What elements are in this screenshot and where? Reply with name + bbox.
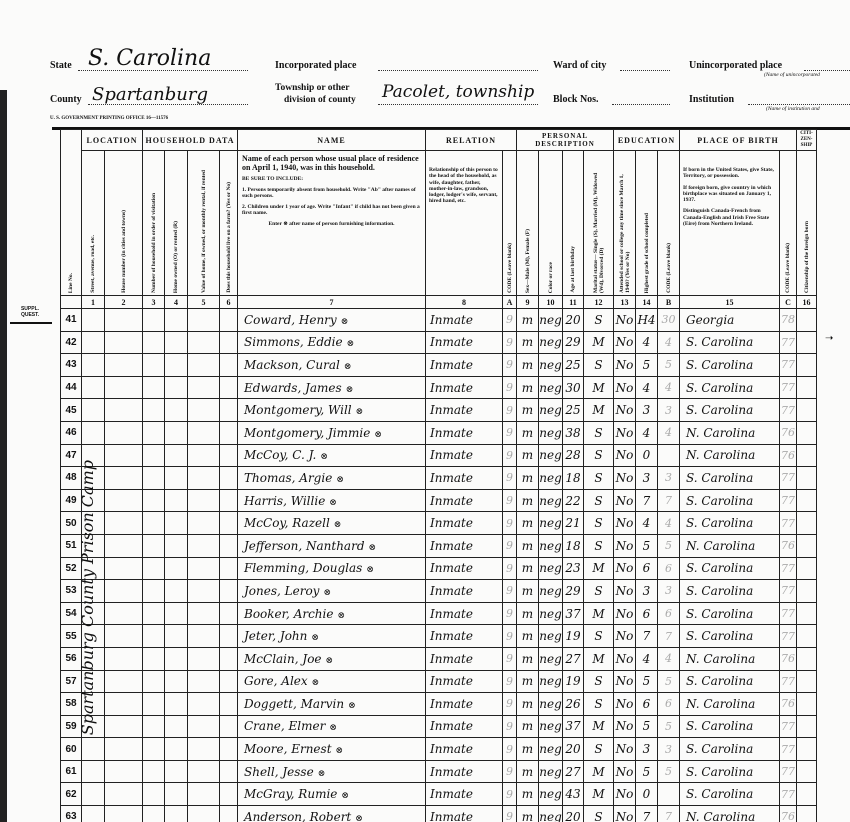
school-cell-text: No bbox=[616, 494, 634, 508]
house-number-cell bbox=[105, 444, 143, 467]
age-cell-text: 19 bbox=[565, 629, 580, 643]
citizenship-cell bbox=[797, 647, 817, 670]
owned-rented-cell bbox=[165, 512, 188, 535]
age-cell: 19 bbox=[563, 670, 584, 693]
school-cell-text: No bbox=[616, 674, 634, 688]
owned-rented-cell bbox=[165, 354, 188, 377]
sex-cell-text: m bbox=[522, 335, 533, 349]
street-cell bbox=[82, 331, 105, 354]
school-cell-text: No bbox=[616, 652, 634, 666]
col-household-number-header: Number of household in order of visitati… bbox=[143, 151, 165, 296]
sex-cell: m bbox=[517, 534, 539, 557]
group-education: EDUCATION bbox=[614, 130, 680, 151]
race-cell: neg bbox=[539, 760, 563, 783]
school-cell-text: No bbox=[616, 381, 634, 395]
sex-cell: m bbox=[517, 580, 539, 603]
code-b-cell: 4 bbox=[658, 512, 680, 535]
code-a-cell-text: 9 bbox=[506, 652, 513, 665]
school-cell: No bbox=[614, 557, 636, 580]
birthplace-cell: S. Carolina bbox=[680, 489, 780, 512]
grade-cell: 3 bbox=[636, 580, 658, 603]
colnum: 1 bbox=[82, 296, 105, 309]
code-c-cell-text: 77 bbox=[781, 358, 795, 371]
school-cell-text: No bbox=[616, 765, 634, 779]
name-cell: Mackson, Cural⊗ bbox=[238, 354, 426, 377]
sex-cell: m bbox=[517, 309, 539, 332]
age-cell: 20 bbox=[563, 309, 584, 332]
household-number-cell bbox=[143, 806, 165, 822]
colnum: 5 bbox=[188, 296, 220, 309]
informant-mark-icon: ⊗ bbox=[318, 769, 326, 779]
unincorporated-line bbox=[804, 70, 850, 71]
race-cell-text: neg bbox=[539, 471, 562, 485]
code-b-cell: 5 bbox=[658, 534, 680, 557]
race-cell: neg bbox=[539, 625, 563, 648]
code-c-cell: 77 bbox=[780, 760, 797, 783]
race-cell-text: neg bbox=[539, 539, 562, 553]
code-a-cell-text: 9 bbox=[506, 449, 513, 462]
code-b-cell-text: 4 bbox=[665, 336, 672, 349]
code-a-cell: 9 bbox=[503, 376, 517, 399]
value-cell bbox=[188, 399, 220, 422]
house-number-cell bbox=[105, 421, 143, 444]
code-c-cell: 77 bbox=[780, 512, 797, 535]
informant-mark-icon: ⊗ bbox=[329, 723, 337, 733]
relation-cell: Inmate bbox=[426, 399, 503, 422]
farm-cell bbox=[220, 376, 238, 399]
colnum: B bbox=[658, 296, 680, 309]
census-page: State S. Carolina County Spartanburg U. … bbox=[0, 0, 850, 822]
line-number: 60 bbox=[61, 738, 82, 761]
relation-cell: Inmate bbox=[426, 715, 503, 738]
value-cell bbox=[188, 489, 220, 512]
line-number-text: 61 bbox=[65, 766, 76, 777]
school-cell: No bbox=[614, 602, 636, 625]
relation-cell-text: Inmate bbox=[430, 674, 473, 688]
race-cell-text: neg bbox=[539, 787, 562, 801]
relation-cell-text: Inmate bbox=[430, 607, 473, 621]
col-street-header: Street, avenue, road, etc. bbox=[82, 151, 105, 296]
code-b-cell-text: 30 bbox=[662, 313, 676, 326]
code-b-cell-text: 5 bbox=[665, 539, 672, 552]
code-c-cell-text: 77 bbox=[781, 630, 795, 643]
value-cell bbox=[188, 467, 220, 490]
name-cell: McCoy, C. J.⊗ bbox=[238, 444, 426, 467]
school-cell: No bbox=[614, 670, 636, 693]
house-number-cell bbox=[105, 512, 143, 535]
farm-cell bbox=[220, 309, 238, 332]
farm-cell bbox=[220, 557, 238, 580]
birthplace-cell-text: S. Carolina bbox=[686, 584, 753, 598]
code-a-cell-text: 9 bbox=[506, 494, 513, 507]
age-cell: 18 bbox=[563, 467, 584, 490]
table-row: 41Coward, Henry⊗Inmate9mneg20SNoH430Geor… bbox=[61, 309, 817, 332]
owned-rented-cell bbox=[165, 489, 188, 512]
race-cell-text: neg bbox=[539, 719, 562, 733]
ward-label: Ward of city bbox=[553, 60, 606, 71]
name-cell: Flemming, Douglas⊗ bbox=[238, 557, 426, 580]
birthplace-cell-text: N. Carolina bbox=[686, 697, 755, 711]
code-c-cell: 77 bbox=[780, 557, 797, 580]
owned-rented-cell bbox=[165, 738, 188, 761]
group-household: HOUSEHOLD DATA bbox=[143, 130, 238, 151]
school-cell: No bbox=[614, 331, 636, 354]
race-cell: neg bbox=[539, 738, 563, 761]
grade-cell: 0 bbox=[636, 444, 658, 467]
race-cell-text: neg bbox=[539, 426, 562, 440]
census-rows: 41Coward, Henry⊗Inmate9mneg20SNoH430Geor… bbox=[61, 309, 817, 822]
col-sex-header: Sex—Male (M), Female (F) bbox=[517, 151, 539, 296]
grade-cell: 5 bbox=[636, 354, 658, 377]
marital-cell-text: M bbox=[592, 607, 604, 621]
code-b-cell: 7 bbox=[658, 625, 680, 648]
line-number: 46 bbox=[61, 421, 82, 444]
line-number-text: 43 bbox=[65, 359, 76, 370]
age-cell: 20 bbox=[563, 806, 584, 822]
sex-cell-text: m bbox=[522, 426, 533, 440]
age-cell: 21 bbox=[563, 512, 584, 535]
name-cell: Montgomery, Jimmie⊗ bbox=[238, 421, 426, 444]
age-cell-text: 18 bbox=[565, 471, 580, 485]
code-a-cell-text: 9 bbox=[506, 404, 513, 417]
household-number-cell bbox=[143, 331, 165, 354]
grade-cell-text: 4 bbox=[643, 381, 651, 395]
code-b-cell-text: 5 bbox=[665, 720, 672, 733]
household-number-cell bbox=[143, 444, 165, 467]
informant-mark-icon: ⊗ bbox=[334, 520, 342, 530]
group-name: NAME bbox=[238, 130, 426, 151]
marital-cell: S bbox=[584, 670, 614, 693]
house-number-cell bbox=[105, 580, 143, 603]
age-cell-text: 30 bbox=[565, 381, 580, 395]
pob-instr-3: Distinguish Canada-French from Canada-En… bbox=[683, 208, 776, 227]
age-cell-text: 29 bbox=[565, 335, 580, 349]
household-number-cell bbox=[143, 534, 165, 557]
marital-cell-text: S bbox=[594, 539, 602, 553]
marital-cell-text: M bbox=[592, 403, 604, 417]
value-cell bbox=[188, 421, 220, 444]
value-cell bbox=[188, 783, 220, 806]
name-cell: Doggett, Marvin⊗ bbox=[238, 693, 426, 716]
birthplace-cell: S. Carolina bbox=[680, 354, 780, 377]
colnum: 14 bbox=[636, 296, 658, 309]
code-b-cell: 4 bbox=[658, 331, 680, 354]
street-cell bbox=[82, 783, 105, 806]
line-number: 43 bbox=[61, 354, 82, 377]
ward-line bbox=[620, 70, 670, 71]
birthplace-cell-text: S. Carolina bbox=[686, 765, 753, 779]
relation-cell-text: Inmate bbox=[430, 652, 473, 666]
owned-rented-cell bbox=[165, 557, 188, 580]
line-number-text: 59 bbox=[65, 721, 76, 732]
marital-cell-text: M bbox=[592, 719, 604, 733]
sex-cell: m bbox=[517, 647, 539, 670]
race-cell: neg bbox=[539, 309, 563, 332]
name-cell-text: Gore, Alex bbox=[244, 674, 308, 688]
informant-mark-icon: ⊗ bbox=[348, 701, 356, 711]
grade-cell-text: 5 bbox=[643, 765, 651, 779]
marital-cell-text: S bbox=[594, 584, 602, 598]
owned-rented-cell bbox=[165, 625, 188, 648]
colnum: 13 bbox=[614, 296, 636, 309]
house-number-cell bbox=[105, 760, 143, 783]
code-a-cell-text: 9 bbox=[506, 517, 513, 530]
name-cell: Thomas, Argie⊗ bbox=[238, 467, 426, 490]
sex-cell-text: m bbox=[522, 697, 533, 711]
name-cell: Jefferson, Nanthard⊗ bbox=[238, 534, 426, 557]
house-number-cell bbox=[105, 331, 143, 354]
informant-mark-icon: ⊗ bbox=[346, 385, 354, 395]
relation-cell: Inmate bbox=[426, 670, 503, 693]
sex-cell: m bbox=[517, 715, 539, 738]
citizenship-cell bbox=[797, 738, 817, 761]
birthplace-cell: S. Carolina bbox=[680, 376, 780, 399]
institution-line bbox=[748, 104, 850, 105]
code-b-cell: 4 bbox=[658, 647, 680, 670]
street-cell bbox=[82, 760, 105, 783]
marital-cell: M bbox=[584, 715, 614, 738]
grade-cell-text: 3 bbox=[643, 403, 651, 417]
name-cell: McClain, Joe⊗ bbox=[238, 647, 426, 670]
relation-cell: Inmate bbox=[426, 806, 503, 822]
sex-cell: m bbox=[517, 602, 539, 625]
marital-cell-text: M bbox=[592, 335, 604, 349]
school-cell-text: No bbox=[616, 810, 634, 822]
farm-cell bbox=[220, 760, 238, 783]
grade-cell: 3 bbox=[636, 467, 658, 490]
school-cell: No bbox=[614, 421, 636, 444]
group-citizenship: CITI-ZEN-SHIP bbox=[797, 130, 817, 151]
birthplace-cell-text: S. Carolina bbox=[686, 358, 753, 372]
birthplace-cell-text: N. Carolina bbox=[686, 652, 755, 666]
code-a-cell-text: 9 bbox=[506, 810, 513, 822]
code-c-cell-text: 76 bbox=[781, 697, 795, 710]
name-cell-text: Booker, Archie bbox=[244, 607, 333, 621]
school-cell-text: No bbox=[616, 471, 634, 485]
birthplace-cell: S. Carolina bbox=[680, 602, 780, 625]
age-cell-text: 23 bbox=[565, 561, 580, 575]
name-cell: Edwards, James⊗ bbox=[238, 376, 426, 399]
code-b-cell bbox=[658, 444, 680, 467]
line-number: 41 bbox=[61, 309, 82, 332]
col-code-b-header: CODE (Leave blank) bbox=[658, 151, 680, 296]
code-a-cell: 9 bbox=[503, 512, 517, 535]
house-number-cell bbox=[105, 354, 143, 377]
code-b-cell-text: 6 bbox=[665, 607, 672, 620]
marital-cell: S bbox=[584, 444, 614, 467]
marital-cell-text: S bbox=[594, 516, 602, 530]
sex-cell-text: m bbox=[522, 471, 533, 485]
citizenship-cell bbox=[797, 602, 817, 625]
name-cell-text: Doggett, Marvin bbox=[244, 697, 344, 711]
race-cell: neg bbox=[539, 354, 563, 377]
code-a-cell: 9 bbox=[503, 580, 517, 603]
census-table: Line No. LOCATION HOUSEHOLD DATA NAME RE… bbox=[60, 129, 817, 822]
code-b-cell: 30 bbox=[658, 309, 680, 332]
owned-rented-cell bbox=[165, 806, 188, 822]
farm-cell bbox=[220, 783, 238, 806]
sex-cell-text: m bbox=[522, 381, 533, 395]
code-c-cell-text: 77 bbox=[781, 471, 795, 484]
code-c-cell-text: 76 bbox=[781, 426, 795, 439]
code-c-cell: 77 bbox=[780, 467, 797, 490]
sex-cell: m bbox=[517, 331, 539, 354]
birthplace-cell: S. Carolina bbox=[680, 760, 780, 783]
code-a-cell: 9 bbox=[503, 309, 517, 332]
name-cell: Shell, Jesse⊗ bbox=[238, 760, 426, 783]
farm-cell bbox=[220, 399, 238, 422]
sex-cell: m bbox=[517, 354, 539, 377]
col-name-instructions: Name of each person whose usual place of… bbox=[238, 151, 426, 296]
marital-cell: M bbox=[584, 399, 614, 422]
owned-rented-cell bbox=[165, 647, 188, 670]
race-cell: neg bbox=[539, 806, 563, 822]
col-farm-header: Does this household live on a farm? (Yes… bbox=[220, 151, 238, 296]
value-cell bbox=[188, 331, 220, 354]
farm-cell bbox=[220, 647, 238, 670]
code-c-cell-text: 76 bbox=[781, 810, 795, 822]
school-cell: No bbox=[614, 399, 636, 422]
name-cell: Moore, Ernest⊗ bbox=[238, 738, 426, 761]
marital-cell-text: S bbox=[594, 426, 602, 440]
table-row: 53Jones, Leroy⊗Inmate9mneg29SNo33S. Caro… bbox=[61, 580, 817, 603]
birthplace-cell: S. Carolina bbox=[680, 715, 780, 738]
age-cell-text: 43 bbox=[565, 787, 580, 801]
line-number-text: 54 bbox=[65, 608, 76, 619]
name-cell-text: Mackson, Cural bbox=[244, 358, 340, 372]
birthplace-cell-text: S. Carolina bbox=[686, 403, 753, 417]
household-number-cell bbox=[143, 309, 165, 332]
value-cell bbox=[188, 625, 220, 648]
grade-cell: 6 bbox=[636, 602, 658, 625]
colnum: 9 bbox=[517, 296, 539, 309]
value-cell bbox=[188, 738, 220, 761]
sex-cell-text: m bbox=[522, 494, 533, 508]
name-cell-text: Thomas, Argie bbox=[244, 471, 332, 485]
citizenship-cell bbox=[797, 693, 817, 716]
code-a-cell-text: 9 bbox=[506, 358, 513, 371]
school-cell-text: No bbox=[616, 561, 634, 575]
code-a-cell-text: 9 bbox=[506, 562, 513, 575]
grade-cell: 3 bbox=[636, 399, 658, 422]
race-cell-text: neg bbox=[539, 381, 562, 395]
relation-cell: Inmate bbox=[426, 602, 503, 625]
farm-cell bbox=[220, 693, 238, 716]
race-cell: neg bbox=[539, 693, 563, 716]
house-number-cell bbox=[105, 806, 143, 822]
relation-cell-text: Inmate bbox=[430, 403, 473, 417]
printing-office: U. S. GOVERNMENT PRINTING OFFICE 16—1157… bbox=[50, 116, 168, 121]
colnum: 12 bbox=[584, 296, 614, 309]
race-cell-text: neg bbox=[539, 561, 562, 575]
birthplace-cell-text: S. Carolina bbox=[686, 335, 753, 349]
line-number-text: 46 bbox=[65, 427, 76, 438]
race-cell: neg bbox=[539, 602, 563, 625]
citizenship-cell bbox=[797, 783, 817, 806]
table-row: 48Thomas, Argie⊗Inmate9mneg18SNo33S. Car… bbox=[61, 467, 817, 490]
line-number-text: 56 bbox=[65, 653, 76, 664]
marital-cell: S bbox=[584, 806, 614, 822]
age-cell: 27 bbox=[563, 760, 584, 783]
relation-cell-text: Inmate bbox=[430, 471, 473, 485]
race-cell-text: neg bbox=[539, 403, 562, 417]
informant-mark-icon: ⊗ bbox=[369, 543, 377, 553]
school-cell: No bbox=[614, 580, 636, 603]
house-number-cell bbox=[105, 625, 143, 648]
street-cell bbox=[82, 376, 105, 399]
table-row: 55Jeter, John⊗Inmate9mneg19SNo77S. Carol… bbox=[61, 625, 817, 648]
township-value: Pacolet, township bbox=[382, 82, 534, 102]
school-cell-text: No bbox=[616, 787, 634, 801]
code-c-cell: 77 bbox=[780, 580, 797, 603]
school-cell: No bbox=[614, 783, 636, 806]
name-cell-text: Jefferson, Nanthard bbox=[244, 539, 365, 553]
owned-rented-cell bbox=[165, 693, 188, 716]
birthplace-cell: N. Carolina bbox=[680, 693, 780, 716]
age-cell-text: 20 bbox=[565, 313, 580, 327]
block-label: Block Nos. bbox=[553, 94, 599, 105]
name-cell: Gore, Alex⊗ bbox=[238, 670, 426, 693]
code-b-cell-text: 6 bbox=[665, 697, 672, 710]
code-a-cell-text: 9 bbox=[506, 381, 513, 394]
colnum: 4 bbox=[165, 296, 188, 309]
farm-cell bbox=[220, 331, 238, 354]
name-cell-text: Flemming, Douglas bbox=[244, 561, 362, 575]
code-b-cell: 5 bbox=[658, 670, 680, 693]
race-cell: neg bbox=[539, 399, 563, 422]
code-c-cell: 77 bbox=[780, 715, 797, 738]
code-b-cell-text: 7 bbox=[665, 810, 672, 822]
grade-cell: 7 bbox=[636, 806, 658, 822]
informant-mark-icon: ⊗ bbox=[337, 611, 345, 621]
birthplace-cell: N. Carolina bbox=[680, 806, 780, 822]
relation-cell-text: Inmate bbox=[430, 629, 473, 643]
colnum: 3 bbox=[143, 296, 165, 309]
line-number: 42 bbox=[61, 331, 82, 354]
code-b-cell: 6 bbox=[658, 693, 680, 716]
age-cell-text: 27 bbox=[565, 765, 580, 779]
relation-cell: Inmate bbox=[426, 738, 503, 761]
street-cell bbox=[82, 354, 105, 377]
relation-cell-text: Inmate bbox=[430, 381, 473, 395]
sex-cell-text: m bbox=[522, 629, 533, 643]
age-cell: 30 bbox=[563, 376, 584, 399]
school-cell-text: No bbox=[616, 448, 634, 462]
birthplace-cell-text: S. Carolina bbox=[686, 629, 753, 643]
birthplace-cell-text: S. Carolina bbox=[686, 787, 753, 801]
table-row: 52Flemming, Douglas⊗Inmate9mneg23MNo66S.… bbox=[61, 557, 817, 580]
value-cell bbox=[188, 557, 220, 580]
birthplace-cell-text: S. Carolina bbox=[686, 516, 753, 530]
line-number-text: 41 bbox=[65, 314, 76, 325]
code-b-cell: 6 bbox=[658, 602, 680, 625]
relation-cell: Inmate bbox=[426, 534, 503, 557]
owned-rented-cell bbox=[165, 444, 188, 467]
race-cell: neg bbox=[539, 421, 563, 444]
code-a-cell: 9 bbox=[503, 738, 517, 761]
sex-cell: m bbox=[517, 557, 539, 580]
household-number-cell bbox=[143, 399, 165, 422]
farm-cell bbox=[220, 467, 238, 490]
marital-cell: S bbox=[584, 738, 614, 761]
house-number-cell bbox=[105, 783, 143, 806]
suppl-quest-label: SUPPL. QUEST. bbox=[18, 306, 42, 318]
race-cell-text: neg bbox=[539, 358, 562, 372]
relation-cell-text: Inmate bbox=[430, 358, 473, 372]
race-cell-text: neg bbox=[539, 516, 562, 530]
column-numbers-row: 1 2 3 4 5 6 7 8 A 9 10 11 12 13 14 B 15 … bbox=[61, 296, 817, 309]
household-number-cell bbox=[143, 376, 165, 399]
